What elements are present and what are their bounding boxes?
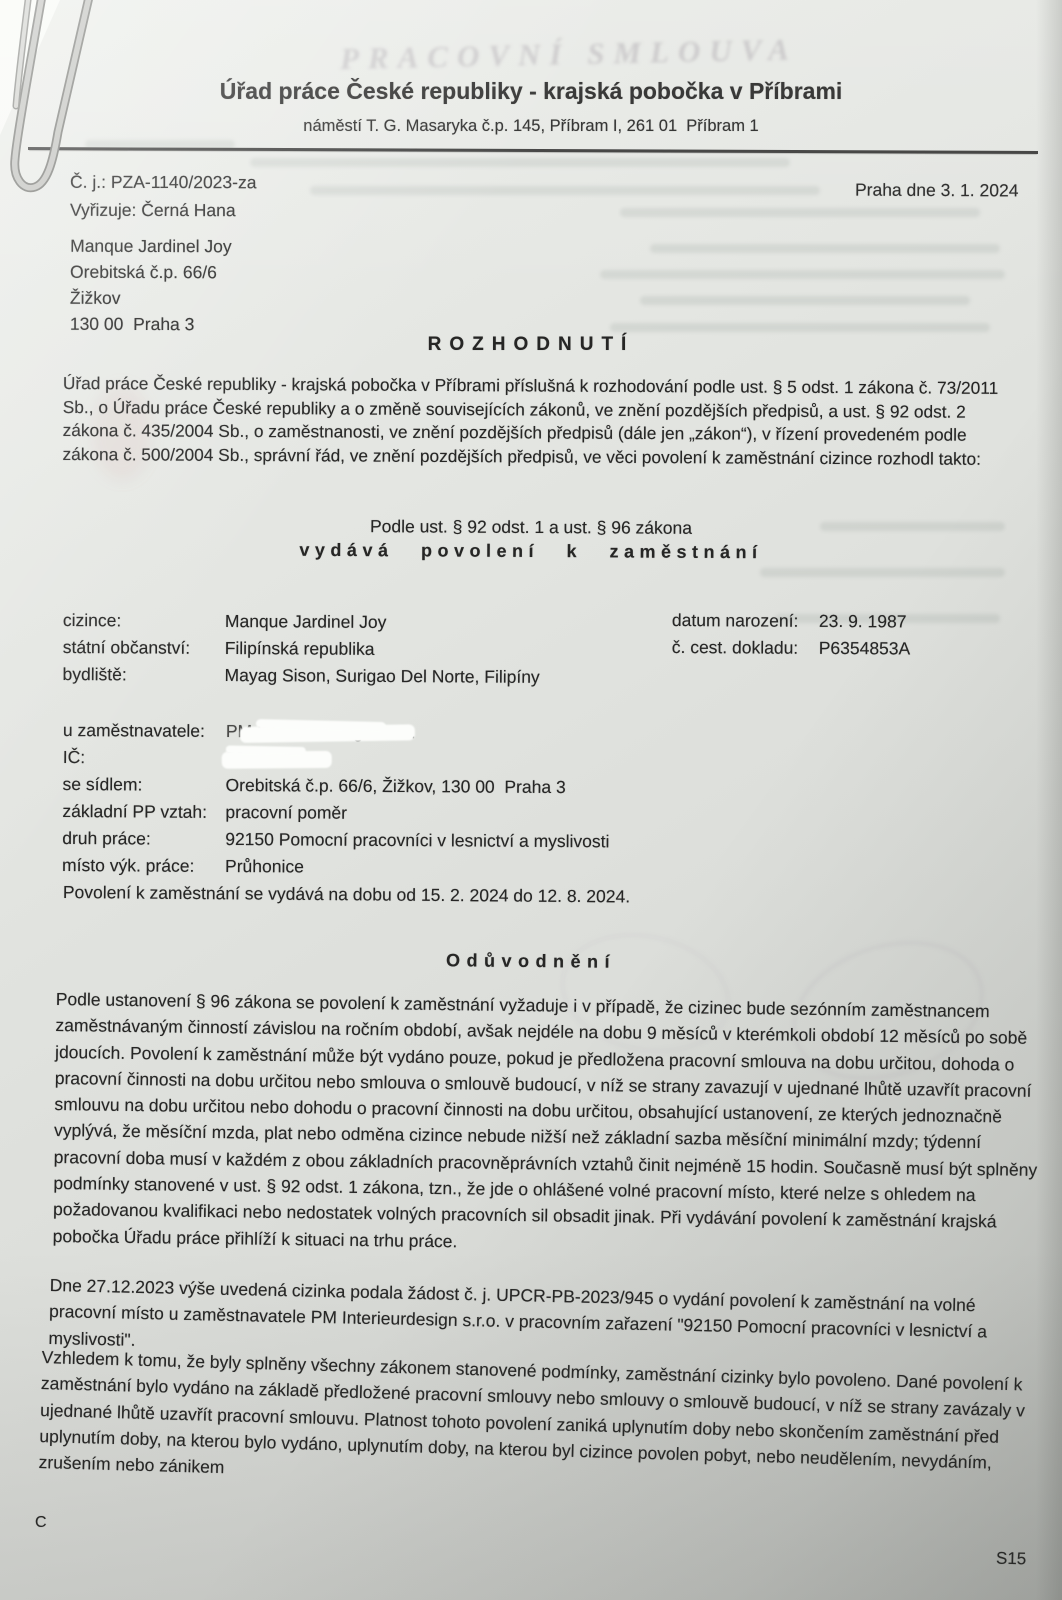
field-value: pracovní poměr: [225, 799, 347, 827]
field-label: u zaměstnavatele:: [63, 717, 226, 745]
foreigner-id-details: datum narození: 23. 9. 1987 č. cest. dok…: [672, 607, 911, 662]
field-label: základní PP vztah:: [62, 798, 225, 826]
justification-paragraph: Podle ustanovení § 96 zákona se povolení…: [53, 986, 1042, 1262]
recipient-address-block: Manque Jardinel Joy Orebitská č.p. 66/6 …: [70, 233, 232, 338]
field-value: 92150 Pomocní pracovníci v lesnictví a m…: [225, 826, 609, 855]
paper-edge-shadow: [1036, 0, 1062, 1600]
justification-paragraph: Vzhledem k tomu, že byly splněny všechny…: [38, 1344, 1043, 1503]
justification-heading: Odůvodnění: [0, 946, 1062, 976]
authority-title: Úřad práce České republiky - krajská pob…: [0, 78, 1062, 105]
detail-row: státní občanství: Filipínská republika: [63, 634, 540, 664]
legal-basis-line: Podle ust. § 92 odst. 1 a ust. § 96 záko…: [0, 514, 1062, 541]
scanned-document-page: PRACOVNÍ SMLOUVA Úřad práce České republ…: [0, 0, 1062, 1600]
underlying-paper-corner: [0, 0, 60, 135]
detail-row: datum narození: 23. 9. 1987: [672, 607, 911, 635]
field-value: PM Interieurdesign: [226, 721, 373, 742]
field-value: Orebitská č.p. 66/6, Žižkov, 130 00 Prah…: [226, 772, 566, 801]
field-label: se sídlem:: [63, 771, 226, 799]
validity-period-line: Povolení k zaměstnání se vydává na dobu …: [63, 882, 630, 907]
field-value: P6354853A: [819, 635, 911, 663]
foreigner-details: cizince: Manque Jardinel Joy státní obča…: [63, 607, 541, 691]
detail-row: u zaměstnavatele: PM Interieurdesign s.r…: [63, 717, 610, 747]
field-value: Manque Jardinel Joy: [225, 608, 387, 636]
detail-row: druh práce: 92150 Pomocní pracovníci v l…: [62, 825, 609, 855]
employer-details: u zaměstnavatele: PM Interieurdesign s.r…: [62, 717, 610, 882]
field-value: Mayag Sison, Surigao Del Norte, Filipíny: [225, 662, 540, 691]
header-divider: [28, 147, 1038, 153]
recipient-district: Žižkov: [70, 285, 232, 312]
bleed-through-line: [310, 186, 820, 195]
bleed-through-line: [650, 244, 1000, 253]
bleed-through-line: [760, 568, 1005, 577]
field-label: datum narození:: [672, 607, 819, 635]
field-value: 23. 9. 1987: [819, 608, 907, 636]
field-value: 09000511: [226, 748, 303, 768]
decision-heading: ROZHODNUTÍ: [0, 334, 1062, 356]
field-value-suffix: s.r.o.: [373, 722, 416, 742]
field-label: bydliště:: [63, 661, 225, 689]
detail-row: bydliště: Mayag Sison, Surigao Del Norte…: [63, 661, 540, 691]
field-label: druh práce:: [62, 825, 225, 853]
field-value: Filipínská republika: [225, 635, 375, 663]
redacted-company-id: 09000511: [226, 745, 303, 772]
verdict-line: vydává povolení k zaměstnání: [0, 538, 1062, 565]
field-label: státní občanství:: [63, 634, 225, 662]
bleed-through-line: [250, 158, 790, 167]
field-label: místo výk. práce:: [62, 852, 225, 880]
recipient-name: Manque Jardinel Joy: [70, 233, 232, 260]
bleed-through-line: [600, 270, 1005, 279]
detail-row: se sídlem: Orebitská č.p. 66/6, Žižkov, …: [63, 771, 610, 801]
bleed-through-watermark: PRACOVNÍ SMLOUVA: [340, 31, 821, 77]
reference-block: Č. j.: PZA-1140/2023-za Vyřizuje: Černá …: [70, 168, 257, 224]
place-and-date: Praha dne 3. 1. 2024: [854, 180, 1018, 202]
bleed-through-line: [620, 208, 980, 217]
footer-left-mark: C: [35, 1514, 47, 1532]
handled-by: Vyřizuje: Černá Hana: [70, 196, 257, 224]
field-value: Průhonice: [225, 853, 304, 880]
redacted-employer-name: PM Interieurdesign s.r.o.: [226, 718, 416, 746]
field-label: cizince:: [63, 607, 225, 635]
case-number: Č. j.: PZA-1140/2023-za: [70, 168, 257, 196]
field-label: č. cest. dokladu:: [672, 634, 819, 662]
detail-row: IČ: 09000511: [63, 744, 610, 774]
decision-intro-paragraph: Úřad práce České republiky - krajská pob…: [63, 372, 1015, 471]
bleed-through-line: [610, 323, 990, 332]
field-label: IČ:: [63, 744, 226, 772]
footer-page-mark: S15: [996, 1549, 1027, 1570]
recipient-street: Orebitská č.p. 66/6: [70, 259, 232, 286]
detail-row: základní PP vztah: pracovní poměr: [62, 798, 609, 828]
bleed-through-line: [640, 296, 970, 305]
detail-row: cizince: Manque Jardinel Joy: [63, 607, 540, 637]
authority-address: náměstí T. G. Masaryka č.p. 145, Příbram…: [0, 117, 1062, 136]
detail-row: č. cest. dokladu: P6354853A: [672, 634, 911, 662]
detail-row: místo výk. práce: Průhonice: [62, 852, 609, 882]
